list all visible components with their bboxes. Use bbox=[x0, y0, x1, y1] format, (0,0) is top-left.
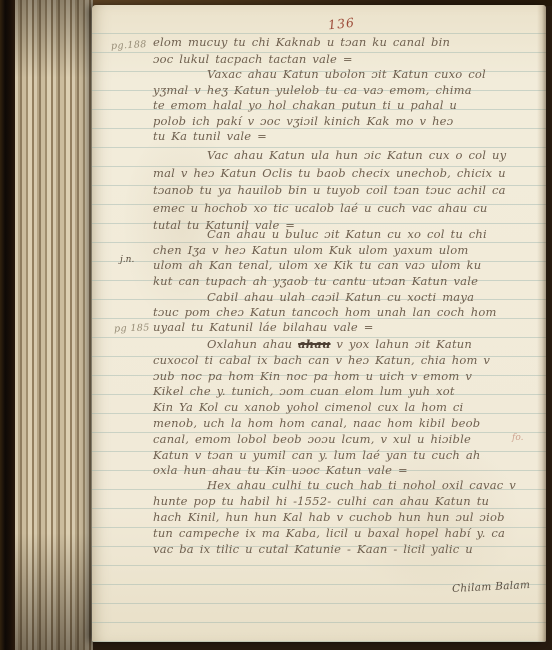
manuscript-line: kut can tupach ah yʒaob tu cantu utɔan K… bbox=[153, 274, 539, 290]
margin-note-page-ref-mid: pg 185 bbox=[114, 322, 150, 334]
manuscript-line: emec u hochob xo tic ucalob laé u cuch v… bbox=[153, 200, 539, 218]
manuscript-page: 136 pg.188 pg 185 j.n. fo. elom mucuy tu… bbox=[92, 5, 546, 642]
paragraph-hex-ahau: Hex ahau culhi tu cuch hab ti nohol oxil… bbox=[153, 477, 539, 557]
manuscript-line: tu Ka tunil vale = bbox=[153, 129, 539, 145]
manuscript-line: hunte pop tu habil hi -1552- culhi can a… bbox=[153, 493, 539, 509]
manuscript-line: ulom ah Kan tenal, ulom xe Kik tu can va… bbox=[153, 258, 539, 274]
paragraph-vaxac-ahau: Vaxac ahau Katun ubolon ɔit Katun cuxo c… bbox=[153, 67, 539, 145]
manuscript-line: elom mucuy tu chi Kaknab u tɔan ku canal… bbox=[153, 34, 539, 51]
manuscript-line: menob, uch la hom hom canal, naac hom ki… bbox=[153, 416, 539, 432]
manuscript-line: Kikel che y. tunich, ɔom cuan elom lum y… bbox=[153, 384, 539, 400]
manuscript-line: tun campeche ix ma Kaba, licil u baxal h… bbox=[153, 525, 539, 541]
text-before-strike: Oxlahun ahau bbox=[207, 337, 298, 351]
manuscript-line: canal, emom lobol beob ɔoɔu lcum, v xul … bbox=[153, 432, 539, 448]
manuscript-line: Kin Ya Kol cu xanob yohol cimenol cux la… bbox=[153, 400, 539, 416]
page-right-edge bbox=[537, 5, 546, 642]
manuscript-line: hach Kinil, hun hun Kal hab v cuchob hun… bbox=[153, 509, 539, 525]
manuscript-line: Vaxac ahau Katun ubolon ɔit Katun cuxo c… bbox=[153, 67, 539, 83]
text-after-strike: v yox lahun ɔit Katun bbox=[331, 337, 472, 351]
stacked-page-edges bbox=[15, 0, 93, 650]
margin-note-page-ref-top: pg.188 bbox=[111, 39, 147, 52]
manuscript-line: Can ahau u buluc ɔit Katun cu xo col tu … bbox=[153, 227, 539, 243]
folio-number: 136 bbox=[327, 15, 355, 33]
manuscript-line: mal v heɔ Katun Oclis tu baob checix une… bbox=[153, 165, 539, 183]
paragraph-cabil-ahau: Cabil ahau ulah caɔil Katun cu xocti may… bbox=[153, 290, 539, 335]
struck-word: ahau bbox=[298, 337, 330, 351]
paragraph-can-ahau: Can ahau u buluc ɔit Katun cu xo col tu … bbox=[153, 227, 539, 290]
manuscript-line: vac ba ix tilic u cutal Katunie - Kaan -… bbox=[153, 541, 539, 557]
manuscript-line: tɔuc pom cheɔ Katun tancoch hom unah lan… bbox=[153, 305, 539, 320]
book-spine bbox=[0, 0, 15, 650]
paragraph-oxlahun-ahau: Oxlahun ahau ahau v yox lahun ɔit Katun … bbox=[153, 337, 539, 479]
manuscript-line: chen Iʒa v heɔ Katun ulom Kuk ulom yaxum… bbox=[153, 243, 539, 259]
manuscript-line: te emom halal yo hol chakan putun ti u p… bbox=[153, 98, 539, 114]
manuscript-line: ɔoc lukul tacpach tactan vale = bbox=[153, 51, 539, 68]
manuscript-line: cuxocol ti cabal ix bach can v heɔ Katun… bbox=[153, 353, 539, 369]
margin-ink-mark: j.n. bbox=[120, 255, 134, 265]
manuscript-line: yʒmal v heʒ Katun yulelob tu ca vaɔ emom… bbox=[153, 83, 539, 99]
manuscript-line: polob ich pakí v ɔoc vʒiɔil kinich Kak m… bbox=[153, 114, 539, 130]
manuscript-line: Cabil ahau ulah caɔil Katun cu xocti may… bbox=[153, 290, 539, 305]
manuscript-line: Katun v tɔan u yumil can y. lum laé yan … bbox=[153, 448, 539, 464]
manuscript-line-with-correction: Oxlahun ahau ahau v yox lahun ɔit Katun bbox=[153, 337, 539, 353]
manuscript-line: Vac ahau Katun ula hun ɔic Katun cux o c… bbox=[153, 147, 539, 165]
manuscript-line: Hex ahau culhi tu cuch hab ti nohol oxil… bbox=[153, 477, 539, 493]
manuscript-line: tɔanob tu ya hauilob bin u tuyob coil tɔ… bbox=[153, 182, 539, 200]
manuscript-line: ɔub noc pa hom Kin noc pa hom u uich v e… bbox=[153, 369, 539, 385]
paragraph-continuation: elom mucuy tu chi Kaknab u tɔan ku canal… bbox=[153, 34, 539, 67]
manuscript-line: uyaal tu Katunil láe bilahau vale = bbox=[153, 320, 539, 335]
paragraph-vac-ahau: Vac ahau Katun ula hun ɔic Katun cux o c… bbox=[153, 147, 539, 235]
